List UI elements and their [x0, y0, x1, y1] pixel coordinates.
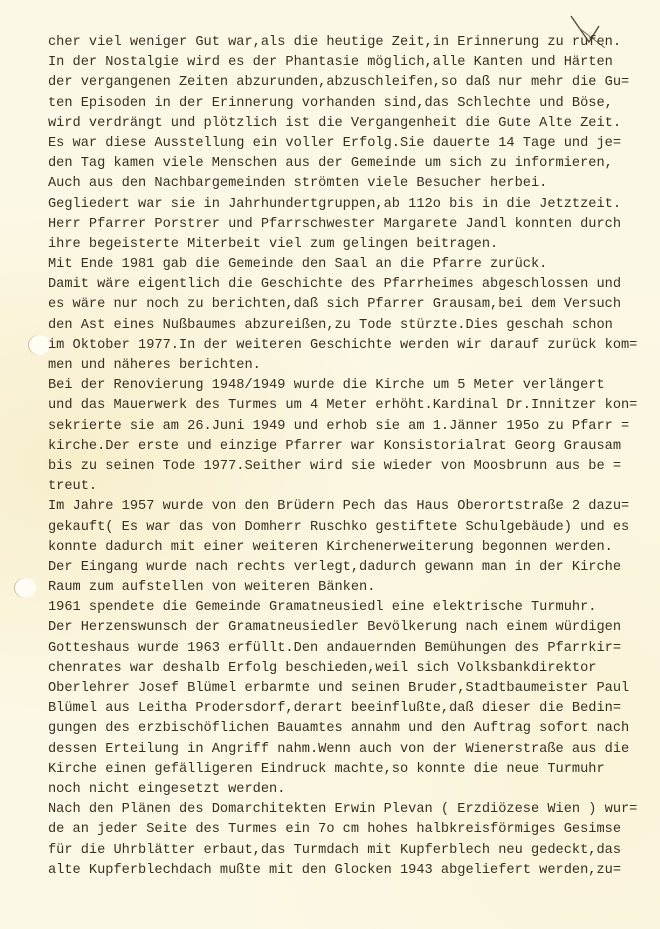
- text-line: für die Uhrblätter erbaut,das Turmdach m…: [48, 841, 637, 861]
- text-line: Herr Pfarrer Porstrer und Pfarrschwester…: [48, 215, 637, 235]
- text-line: sekrierte sie am 26.Juni 1949 und erhob …: [48, 417, 637, 437]
- text-line: 1961 spendete die Gemeinde Gramatneusied…: [48, 598, 637, 618]
- text-line: Auch aus den Nachbargemeinden strömten v…: [48, 174, 637, 194]
- text-line: men und näheres berichten.: [48, 356, 637, 376]
- text-line: chenrates war deshalb Erfolg beschieden,…: [48, 659, 637, 679]
- text-line: Blümel aus Leitha Prodersdorf,derart bee…: [48, 699, 637, 719]
- typewritten-text: cher viel weniger Gut war,als die heutig…: [48, 33, 637, 881]
- punch-hole: [14, 578, 36, 598]
- text-line: Der Eingang wurde nach rechts verlegt,da…: [48, 558, 637, 578]
- text-line: ihre begeisterte Miterbeit viel zum geli…: [48, 235, 637, 255]
- text-line: Oberlehrer Josef Blümel erbarmte und sei…: [48, 679, 637, 699]
- text-line: Mit Ende 1981 gab die Gemeinde den Saal …: [48, 255, 637, 275]
- text-line: In der Nostalgie wird es der Phantasie m…: [48, 53, 637, 73]
- text-line: Damit wäre eigentlich die Geschichte des…: [48, 275, 637, 295]
- text-line: wird verdrängt und plötzlich ist die Ver…: [48, 114, 637, 134]
- text-line: den Ast eines Nußbaumes abzureißen,zu To…: [48, 316, 637, 336]
- text-line: kirche.Der erste und einzige Pfarrer war…: [48, 437, 637, 457]
- text-line: den Tag kamen viele Menschen aus der Gem…: [48, 154, 637, 174]
- text-line: alte Kupferblechdach mußte mit den Glock…: [48, 861, 637, 881]
- text-line: Gegliedert war sie in Jahrhundertgruppen…: [48, 195, 637, 215]
- text-line: konnte dadurch mit einer weiteren Kirche…: [48, 538, 637, 558]
- text-line: ten Episoden in der Erinnerung vorhanden…: [48, 94, 637, 114]
- text-line: bis zu seinen Tode 1977.Seither wird sie…: [48, 457, 637, 477]
- text-line: Raum zum aufstellen von weiteren Bänken.: [48, 578, 637, 598]
- text-line: Bei der Renovierung 1948/1949 wurde die …: [48, 376, 637, 396]
- text-line: gekauft( Es war das von Domherr Ruschko …: [48, 518, 637, 538]
- text-line: im Oktober 1977.In der weiteren Geschich…: [48, 336, 637, 356]
- text-line: treut.: [48, 477, 637, 497]
- text-line: Kirche einen gefälligeren Eindruck macht…: [48, 760, 637, 780]
- punch-hole: [28, 335, 50, 355]
- text-line: und das Mauerwerk des Turmes um 4 Meter …: [48, 396, 637, 416]
- text-line: Im Jahre 1957 wurde von den Brüdern Pech…: [48, 497, 637, 517]
- text-line: de an jeder Seite des Turmes ein 7o cm h…: [48, 820, 637, 840]
- text-line: Nach den Plänen des Domarchitekten Erwin…: [48, 800, 637, 820]
- text-line: dessen Erteilung in Angriff nahm.Wenn au…: [48, 740, 637, 760]
- text-line: Gotteshaus wurde 1963 erfüllt.Den andaue…: [48, 639, 637, 659]
- text-line: cher viel weniger Gut war,als die heutig…: [48, 33, 637, 53]
- text-line: gungen des erzbischöflichen Bauamtes ann…: [48, 719, 637, 739]
- text-line: noch nicht eingesetzt werden.: [48, 780, 637, 800]
- text-line: der vergangenen Zeiten abzurunden,abzusc…: [48, 73, 637, 93]
- text-line: Es war diese Ausstellung ein voller Erfo…: [48, 134, 637, 154]
- text-line: es wäre nur noch zu berichten,daß sich P…: [48, 295, 637, 315]
- text-line: Der Herzenswunsch der Gramatneusiedler B…: [48, 618, 637, 638]
